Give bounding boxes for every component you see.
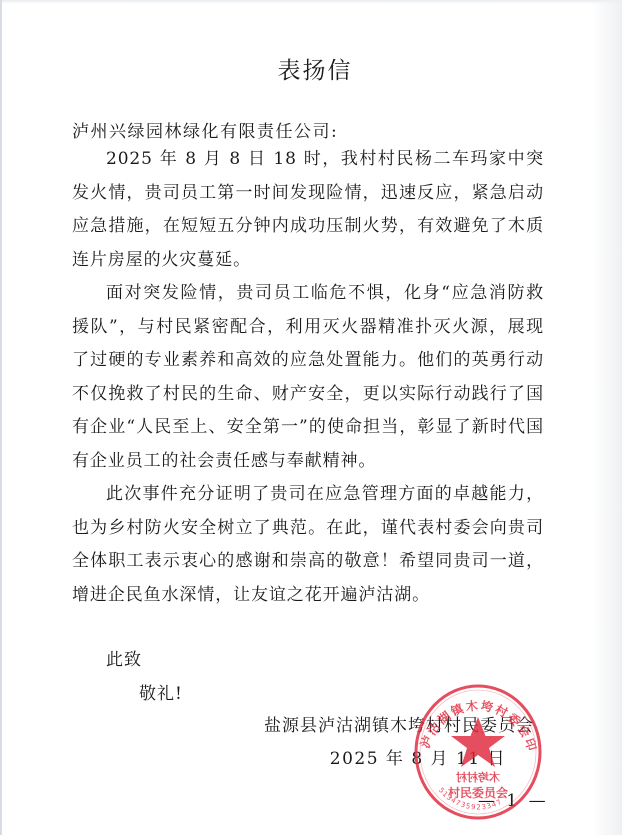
signature-date: 2025 年 8 月 11 日 [330,744,506,769]
page-number: — 1 — [478,791,549,811]
closing-line-1: 此致 [106,645,142,670]
svg-text:木垮村村: 木垮村村 [456,770,500,784]
closing-line-2: 敬礼! [139,679,183,704]
signature: 盐源县泸沽湖镇木垮村村民委员会 [264,711,534,736]
paragraph-3: 此次事件充分证明了贵司在应急管理方面的卓越能力，也为乡村防火安全树立了典范。在此… [72,478,544,612]
document-page: 表扬信 泸州兴绿园林绿化有限责任公司: 2025 年 8 月 8 日 18 时，… [0,0,622,835]
page-right-fade [592,0,622,835]
paragraph-2: 面对突发险情，贵司员工临危不惧，化身“应急消防救援队”，与村民紧密配合，利用灭火… [72,277,544,478]
letter-body: 2025 年 8 月 8 日 18 时，我村村民杨二车玛家中突发火情，贵司员工第… [72,143,544,612]
page-left-edge [0,0,2,835]
salutation: 泸州兴绿园林绿化有限责任公司: [72,117,338,142]
document-title: 表扬信 [0,52,622,85]
paragraph-1: 2025 年 8 月 8 日 18 时，我村村民杨二车玛家中突发火情，贵司员工第… [72,143,544,277]
page-top-shadow [0,0,622,4]
